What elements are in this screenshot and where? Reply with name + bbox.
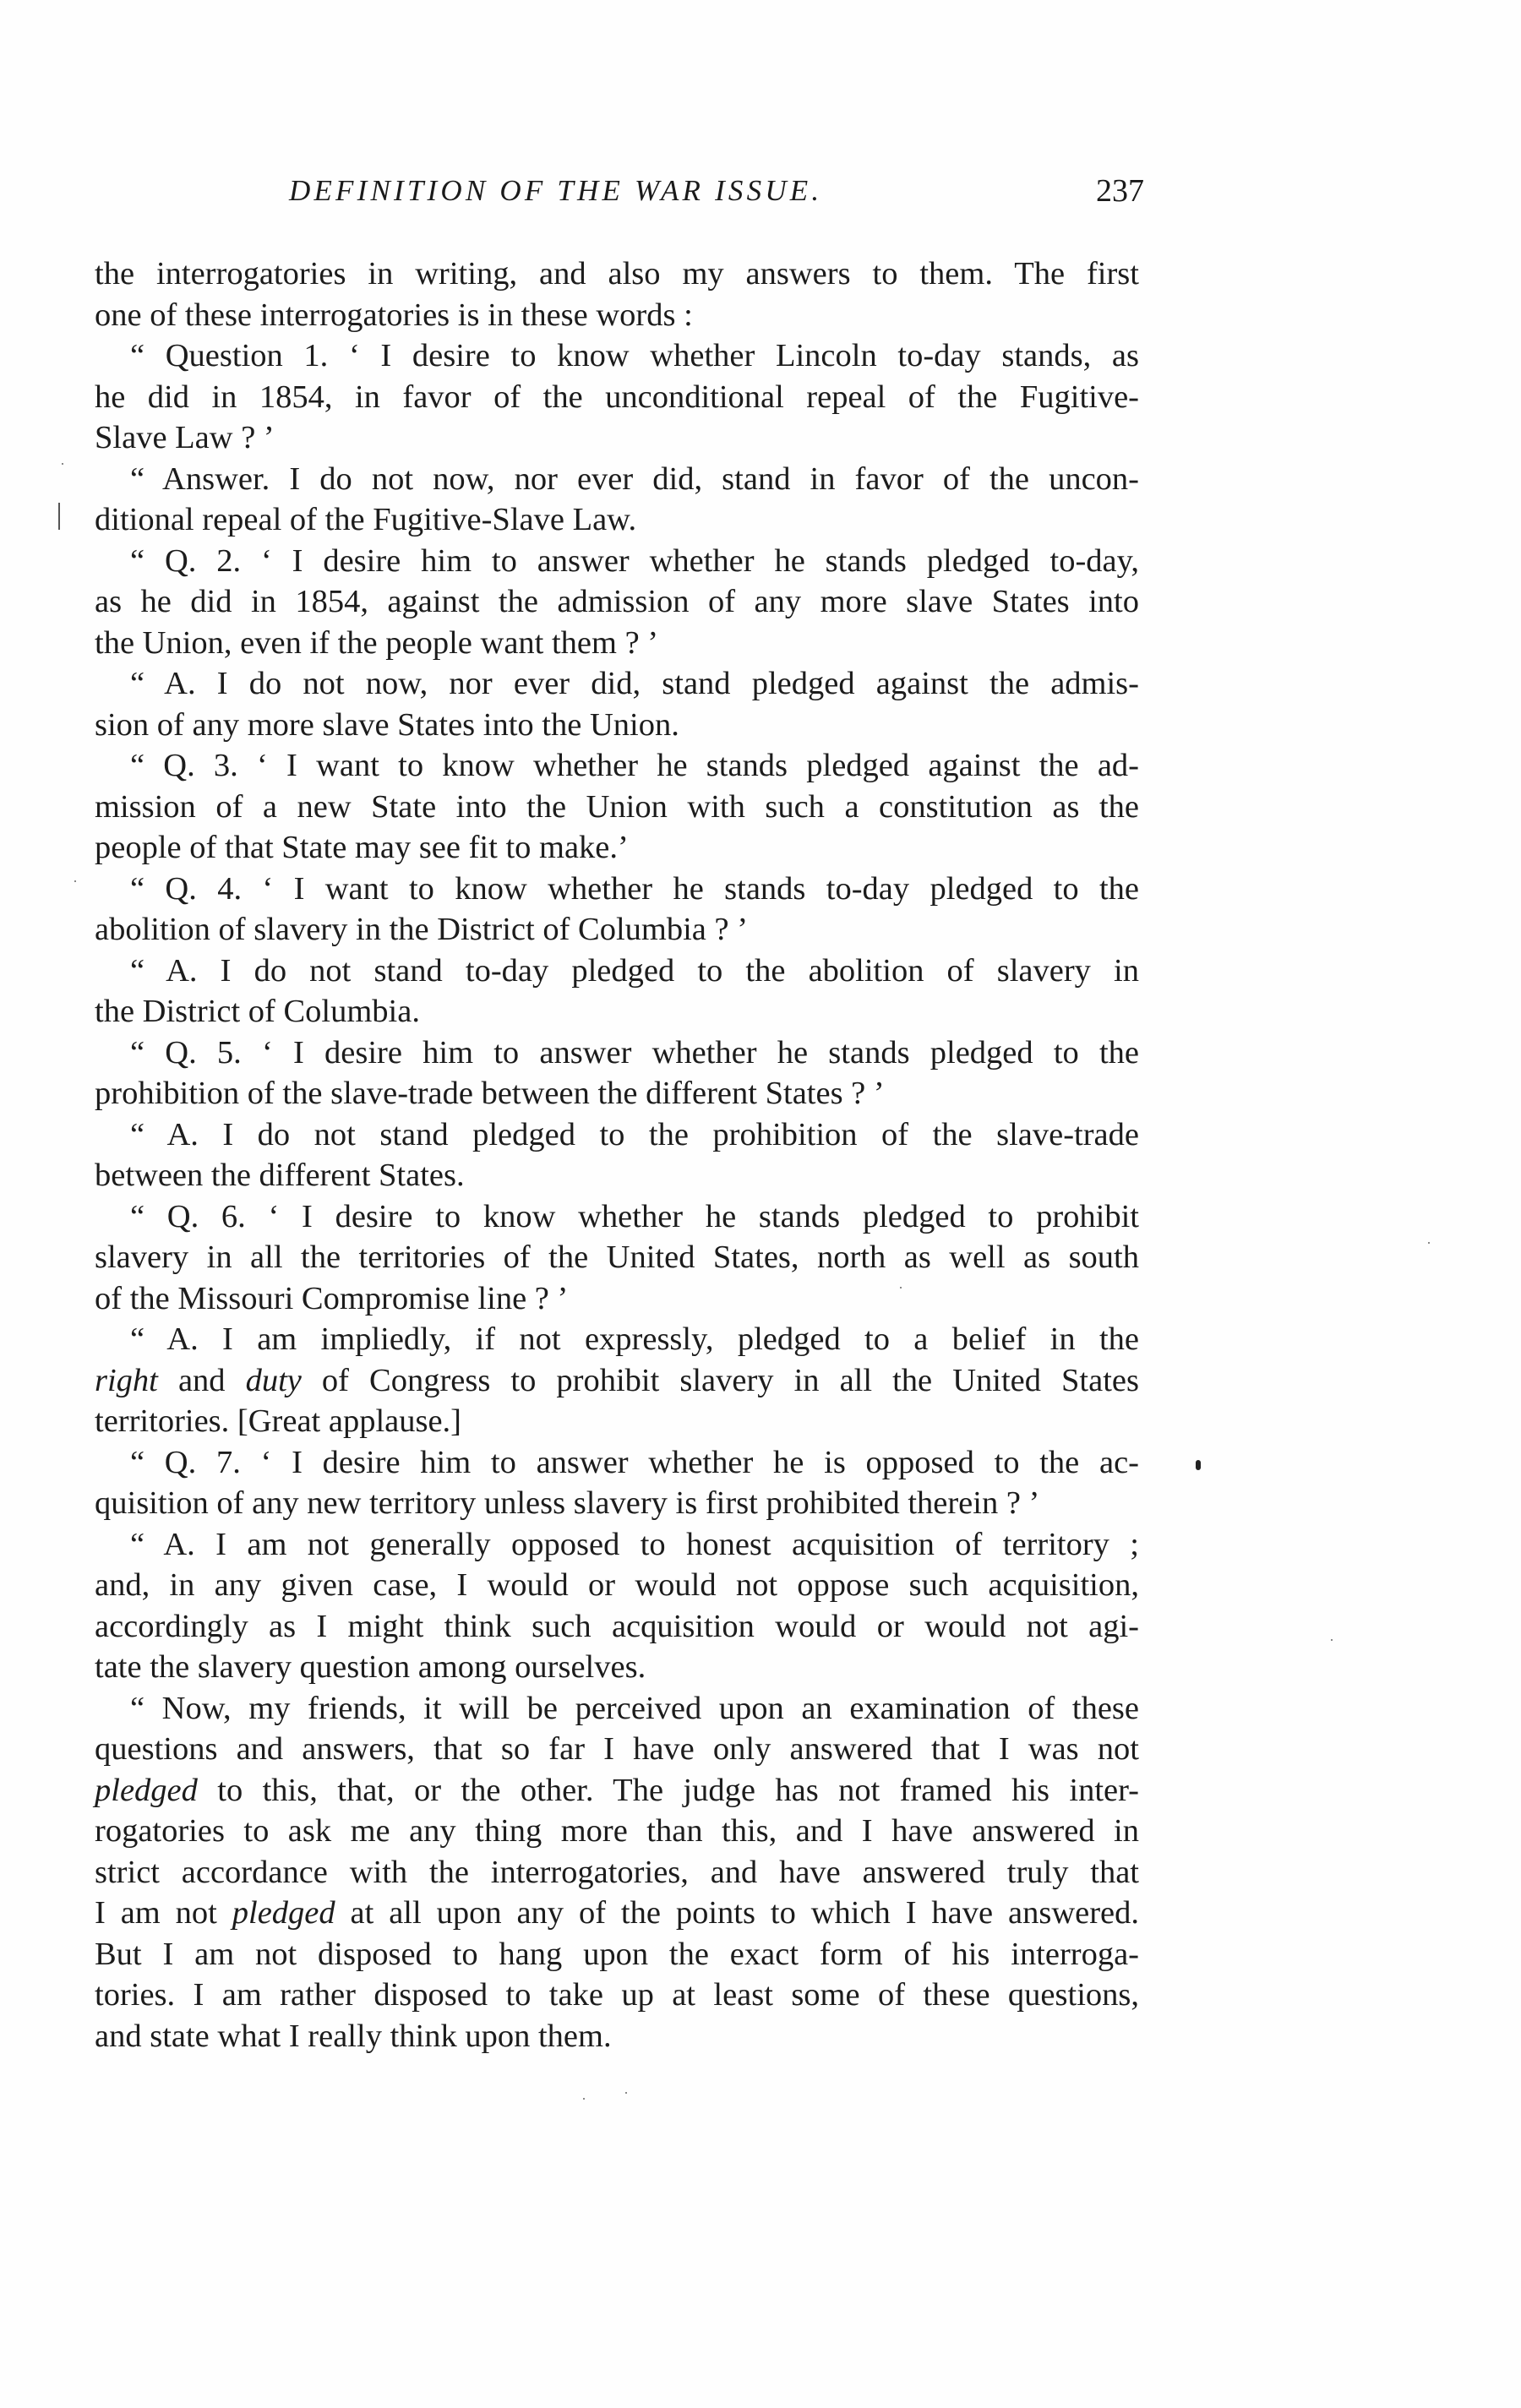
text-line: But I am not disposed to hang upon the e…	[95, 1934, 1139, 1975]
scan-speck	[583, 2098, 585, 2100]
text-line: sion of any more slave States into the U…	[95, 705, 1139, 745]
italic-emphasis: right	[95, 1363, 158, 1398]
text-line: the interrogatories in writing, and also…	[95, 253, 1139, 294]
book-page: DEFINITION OF THE WAR ISSUE. 237 the int…	[0, 0, 1521, 2408]
text-line: people of that State may see fit to make…	[95, 827, 1139, 868]
text-segment: of Congress to prohibit slavery in all t…	[302, 1363, 1139, 1398]
text-line: slavery in all the territories of the Un…	[95, 1237, 1139, 1278]
text-line: prohibition of the slave-trade between t…	[95, 1073, 1139, 1114]
text-line: abolition of slavery in the District of …	[95, 909, 1139, 950]
text-line: “ Q. 3. ‘ I want to know whether he stan…	[95, 745, 1139, 786]
text-line: between the different States.	[95, 1155, 1139, 1196]
text-line: and, in any given case, I would or would…	[95, 1565, 1139, 1605]
text-line: “ Q. 4. ‘ I want to know whether he stan…	[95, 869, 1139, 909]
text-line: mission of a new State into the Union wi…	[95, 787, 1139, 827]
scan-speck	[1428, 1242, 1430, 1244]
page-number: 237	[1093, 172, 1144, 210]
text-line: I am not pledged at all upon any of the …	[95, 1893, 1139, 1933]
running-title: DEFINITION OF THE WAR ISSUE.	[289, 174, 982, 208]
text-segment: at all upon any of the points to which I…	[335, 1895, 1139, 1931]
text-line: strict accordance with the interrogatori…	[95, 1852, 1139, 1893]
text-line: “ A. I do not now, nor ever did, stand p…	[95, 663, 1139, 704]
text-line: “ Q. 5. ‘ I desire him to answer whether…	[95, 1032, 1139, 1073]
text-line: pledged to this, that, or the other. The…	[95, 1770, 1139, 1811]
text-line: “ A. I am not generally opposed to hones…	[95, 1524, 1139, 1565]
margin-dot-mark	[1196, 1460, 1201, 1470]
text-line: right and duty of Congress to prohibit s…	[95, 1360, 1139, 1401]
text-segment: and	[158, 1363, 246, 1398]
text-line: quisition of any new territory unless sl…	[95, 1483, 1139, 1523]
scan-speck	[1331, 1639, 1333, 1641]
scan-speck	[625, 2092, 627, 2094]
text-line: and state what I really think upon them.	[95, 2016, 1139, 2057]
text-line: the Union, even if the people want them …	[95, 623, 1139, 663]
text-line: as he did in 1854, against the admission…	[95, 581, 1139, 622]
text-line: ditional repeal of the Fugitive-Slave La…	[95, 499, 1139, 540]
italic-emphasis: pledged	[95, 1773, 198, 1808]
text-line: he did in 1854, in favor of the uncondit…	[95, 377, 1139, 417]
text-line: “ A. I do not stand pledged to the prohi…	[95, 1114, 1139, 1155]
text-line: “ Now, my friends, it will be perceived …	[95, 1688, 1139, 1729]
scan-speck	[74, 880, 76, 882]
text-line: Slave Law ? ’	[95, 417, 1139, 458]
italic-emphasis: duty	[246, 1363, 302, 1398]
text-line: tate the slavery question among ourselve…	[95, 1647, 1139, 1687]
italic-emphasis: pledged	[232, 1895, 335, 1931]
text-line: “ Q. 2. ‘ I desire him to answer whether…	[95, 541, 1139, 581]
text-segment: to this, that, or the other. The judge h…	[198, 1773, 1139, 1808]
text-line: of the Missouri Compromise line ? ’	[95, 1278, 1139, 1319]
text-line: territories. [Great applause.]	[95, 1401, 1139, 1441]
text-line: rogatories to ask me any thing more than…	[95, 1811, 1139, 1851]
text-line: “ A. I do not stand to-day pledged to th…	[95, 951, 1139, 991]
text-line: tories. I am rather disposed to take up …	[95, 1975, 1139, 2015]
text-segment: I am not	[95, 1895, 232, 1931]
scan-speck	[900, 1287, 902, 1288]
text-line: the District of Columbia.	[95, 991, 1139, 1032]
text-line: questions and answers, that so far I hav…	[95, 1729, 1139, 1769]
scan-speck	[62, 463, 63, 465]
text-line: “ Q. 7. ‘ I desire him to answer whether…	[95, 1442, 1139, 1483]
text-line: “ Answer. I do not now, nor ever did, st…	[95, 459, 1139, 499]
text-line: one of these interrogatories is in these…	[95, 295, 1139, 335]
text-line: “ A. I am impliedly, if not expressly, p…	[95, 1319, 1139, 1359]
text-line: accordingly as I might think such acquis…	[95, 1606, 1139, 1647]
text-line: “ Q. 6. ‘ I desire to know whether he st…	[95, 1196, 1139, 1237]
text-line: “ Question 1. ‘ I desire to know whether…	[95, 335, 1139, 376]
margin-rule-mark	[58, 503, 60, 530]
